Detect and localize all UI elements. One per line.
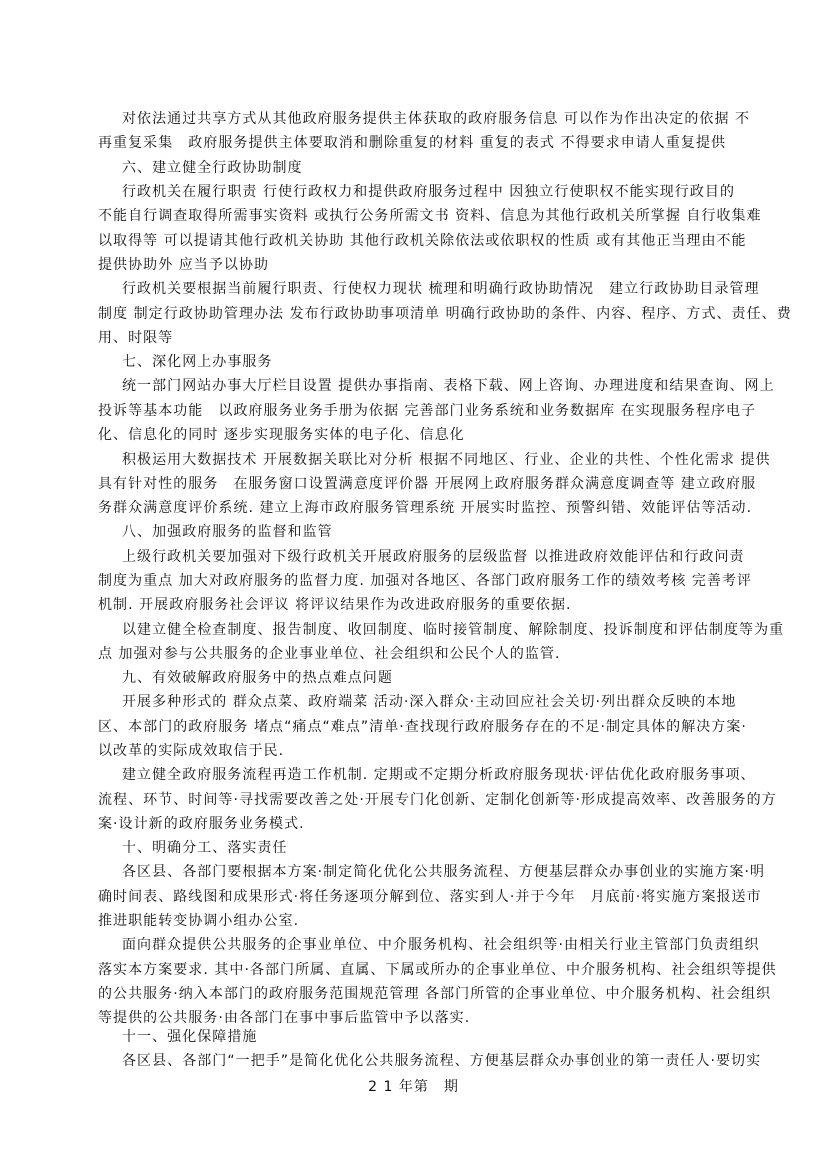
text-line: 案·设计新的政府服务业务模式.: [98, 815, 738, 833]
text-line: 以改革的实际成效取信于民.: [98, 742, 738, 760]
text-line: 务群众满意度评价系统. 建立上海市政府服务管理系统 开展实时监控、预警纠错、效能…: [98, 499, 738, 517]
text-line: 提供协助外 应当予以协助: [98, 256, 738, 274]
text-line: 各区县、各部门要根据本方案·制定简化优化公共服务流程、方便基层群众办事创业的实施…: [122, 863, 738, 881]
section-heading-10: 十、明确分工、落实责任: [122, 839, 762, 857]
text-line: 区、本部门的政府服务 堵点“痛点“难点”清单·查找现行政府服务存在的不足·制定具…: [98, 718, 738, 736]
section-heading-11: 十一、强化保障措施: [122, 1028, 762, 1046]
text-line: 具有针对性的服务 在服务窗口设置满意度评价器 开展网上政府服务群众满意度调查等 …: [98, 475, 738, 493]
text-line: 对依法通过共享方式从其他政府服务提供主体获取的政府服务信息 可以作为作出决定的依…: [122, 110, 738, 128]
text-line: 机制. 开展政府服务社会评议 将评议结果作为改进政府服务的重要依据.: [98, 596, 738, 614]
text-line: 化、信息化的同时 逐步实现服务实体的电子化、信息化: [98, 426, 738, 444]
text-line: 用、时限等: [98, 329, 738, 347]
text-line: 行政机关要根据当前履行职责、行使权力现状 梳理和明确行政协助情况 建立行政协助目…: [122, 280, 738, 298]
section-heading-7: 七、深化网上办事服务: [122, 353, 762, 371]
text-line: 统一部门网站办事大厅栏目设置 提供办事指南、表格下载、网上咨询、办理进度和结果查…: [122, 377, 738, 395]
text-line: 不能自行调查取得所需事实资料 或执行公务所需文书 资料、信息为其他行政机关所掌握…: [98, 207, 738, 225]
text-line: 面向群众提供公共服务的企事业单位、中介服务机构、社会组织等·由相关行业主管部门负…: [122, 936, 738, 954]
text-line: 点 加强对参与公共服务的企业事业单位、社会组织和公民个人的监管.: [98, 645, 738, 663]
text-line: 各区县、各部门“一把手”是简化优化公共服务流程、方便基层群众办事创业的第一责任人…: [122, 1052, 738, 1070]
text-line: 确时间表、路线图和成果形式·将任务逐项分解到位、落实到人·并于今年 月底前·将实…: [98, 888, 738, 906]
section-heading-6: 六、建立健全行政协助制度: [122, 159, 762, 177]
text-line: 开展多种形式的 群众点菜、政府端菜 活动·深入群众·主动回应社会关切·列出群众反…: [122, 693, 738, 711]
text-line: 等提供的公共服务·由各部门在事中事后监管中予以落实.: [98, 1009, 738, 1027]
text-line: 制度 制定行政协助管理办法 发布行政协助事项清单 明确行政协助的条件、内容、程序…: [98, 305, 738, 323]
document-page: 对依法通过共享方式从其他政府服务提供主体获取的政府服务信息 可以作为作出决定的依…: [0, 0, 827, 1170]
page-footer-issue: 2 1 年第 期: [0, 1076, 827, 1096]
text-line: 落实本方案要求. 其中·各部门所属、直属、下属或所办的企事业单位、中介服务机构、…: [98, 961, 738, 979]
text-line: 行政机关在履行职责 行使行政权力和提供政府服务过程中 因独立行使职权不能实现行政…: [122, 183, 738, 201]
section-heading-9: 九、有效破解政府服务中的热点难点问题: [122, 669, 762, 687]
text-line: 建立健全政府服务流程再造工作机制. 定期或不定期分析政府服务现状·评估优化政府服…: [122, 766, 738, 784]
text-line: 流程、环节、时间等·寻找需要改善之处·开展专门化创新、定制化创新等·形成提高效率…: [98, 791, 738, 809]
text-line: 积极运用大数据技术 开展数据关联比对分析 根据不同地区、行业、企业的共性、个性化…: [122, 451, 738, 469]
text-line: 以建立健全检查制度、报告制度、收回制度、临时接管制度、解除制度、投诉制度和评估制…: [122, 621, 738, 639]
text-line: 上级行政机关要加强对下级行政机关开展政府服务的层级监督 以推进政府效能评估和行政…: [122, 548, 738, 566]
text-line: 的公共服务·纳入本部门的政府服务范围规范管理 各部门所管的企事业单位、中介服务机…: [98, 985, 738, 1003]
text-line: 以取得等 可以提请其他行政机关协助 其他行政机关除依法或依职权的性质 或有其他正…: [98, 232, 738, 250]
text-line: 投诉等基本功能 以政府服务业务手册为依据 完善部门业务系统和业务数据库 在实现服…: [98, 402, 738, 420]
text-line: 制度为重点 加大对政府服务的监督力度. 加强对各地区、各部门政府服务工作的绩效考…: [98, 572, 738, 590]
section-heading-8: 八、加强政府服务的监督和监管: [122, 523, 762, 541]
text-line: 再重复采集 政府服务提供主体要取消和删除重复的材料 重复的表式 不得要求申请人重…: [98, 134, 738, 152]
text-line: 推进职能转变协调小组办公室.: [98, 912, 738, 930]
